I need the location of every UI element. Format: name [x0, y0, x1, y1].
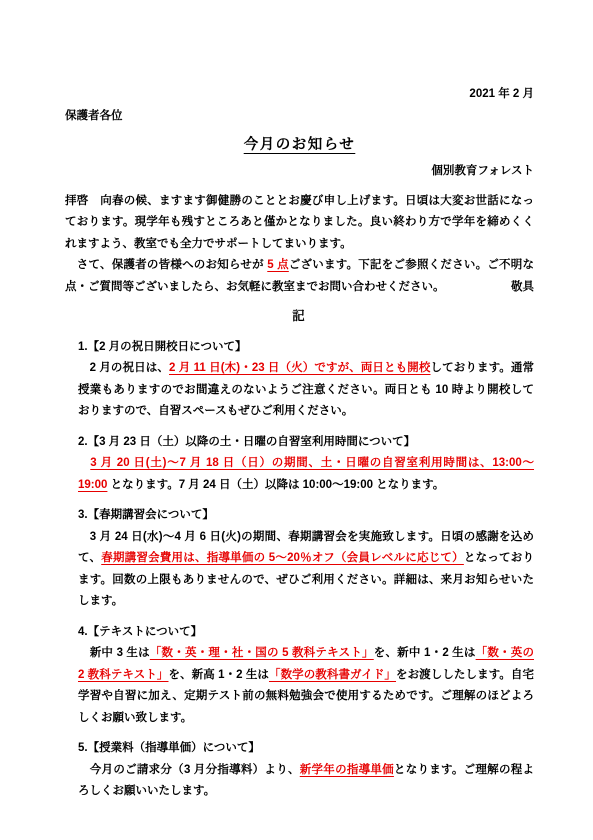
section-body: 3 月 20 日(土)～7 月 18 日（日）の期間、土・日曜の自習室利用時間は…: [78, 453, 534, 496]
date-text: 2021 年 2 月: [65, 84, 534, 106]
highlighted-text: 春期講習会費用は、指導単価の 5～20％オフ（会員レベルに応じて）: [101, 552, 464, 564]
section-body: 新中 3 生は「数・英・理・社・国の 5 教科テキスト」を、新中 1・2 生は「…: [78, 643, 534, 729]
section-heading: 5.【授業料（指導単価）について】: [78, 738, 534, 760]
section-body: 2 月の祝日は、2 月 11 日(木)・23 日（火）ですが、両日とも開校してお…: [78, 358, 534, 423]
highlighted-text: 「数・英・理・社・国の 5 教科テキスト」: [150, 647, 374, 659]
section-body: 3 月 24 日(水)～4 月 6 日(火)の期間、春期講習会を実施致します。日…: [78, 527, 534, 613]
recipient-text: 保護者各位: [65, 106, 534, 128]
notice-document: 2021 年 2 月 保護者各位 今月のお知らせ 個別教育フォレスト 拝啓 向春…: [0, 0, 593, 840]
highlighted-text: 新学年の指導単価: [300, 764, 394, 776]
body-text: 拝啓 向春の候、ますます御健勝のこととお慶び申し上げます。日頃は大変お世話になっ…: [65, 195, 534, 250]
intro-paragraph-1: 拝啓 向春の候、ますます御健勝のこととお慶び申し上げます。日頃は大変お世話になっ…: [65, 191, 534, 256]
body-text: さて、保護者の皆様へのお知らせが: [65, 259, 267, 271]
body-text: となります。7 月 24 日（土）以降は 10:00～19:00 となります。: [107, 479, 444, 491]
highlighted-text: 5 点: [267, 259, 289, 271]
section-heading: 3.【春期講習会について】: [78, 505, 534, 527]
section-heading: 4.【テキストについて】: [78, 622, 534, 644]
body-text: 今月のご請求分（3 月分指導料）より、: [78, 764, 300, 776]
section-heading: 1.【2 月の祝日開校日について】: [78, 337, 534, 359]
sender-name: 個別教育フォレスト: [65, 161, 534, 183]
highlighted-text: 「数学の教科書ガイド」: [269, 669, 396, 681]
body-text: 新中 3 生は: [78, 647, 150, 659]
section-heading: 2.【3 月 23 日（土）以降の土・日曜の自習室利用時間について】: [78, 432, 534, 454]
section-tuition: 5.【授業料（指導単価）について】 今月のご請求分（3 月分指導料）より、新学年…: [65, 738, 534, 803]
section-holiday-opening: 1.【2 月の祝日開校日について】 2 月の祝日は、2 月 11 日(木)・23…: [65, 337, 534, 423]
section-study-room-hours: 2.【3 月 23 日（土）以降の土・日曜の自習室利用時間について】 3 月 2…: [65, 432, 534, 497]
highlighted-text: 2 月 11 日(木)・23 日（火）ですが、両日とも開校: [169, 362, 431, 374]
body-text: を、新高 1・2 生は: [169, 669, 269, 681]
page-title: 今月のお知らせ: [65, 133, 534, 157]
body-text: 2 月の祝日は、: [78, 362, 169, 374]
record-mark: 記: [65, 306, 534, 328]
section-spring-course: 3.【春期講習会について】 3 月 24 日(水)～4 月 6 日(火)の期間、…: [65, 505, 534, 613]
body-text: [78, 457, 90, 469]
section-textbooks: 4.【テキストについて】 新中 3 生は「数・英・理・社・国の 5 教科テキスト…: [65, 622, 534, 730]
body-text: を、新中 1・2 生は: [374, 647, 476, 659]
section-body: 今月のご請求分（3 月分指導料）より、新学年の指導単価となります。ご理解の程よろ…: [78, 760, 534, 803]
